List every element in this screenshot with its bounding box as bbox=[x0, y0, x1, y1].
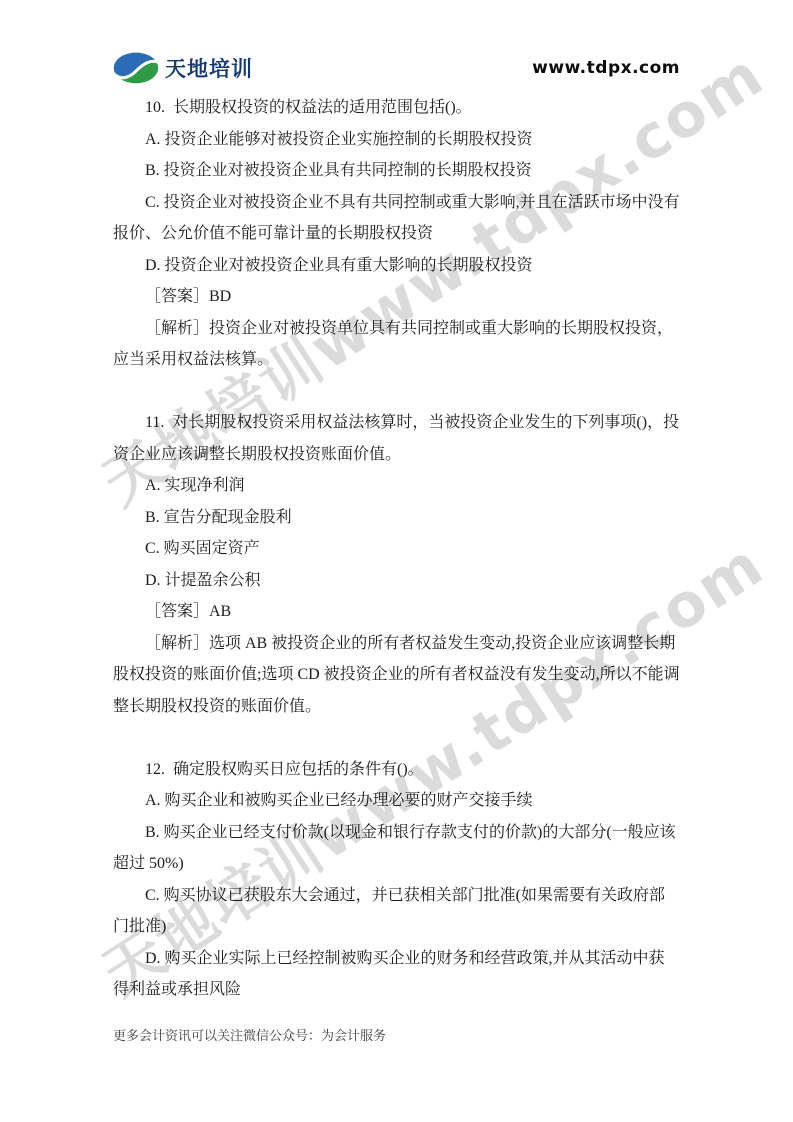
brand-name: 天地培训 bbox=[165, 53, 253, 83]
question-option: A. 投资企业能够对被投资企业实施控制的长期股权投资 bbox=[113, 124, 680, 156]
footer-note: 更多会计资讯可以关注微信公众号：为会计服务 bbox=[113, 1026, 680, 1046]
question-option: D. 购买企业实际上已经控制被购买企业的财务和经营政策,并从其活动中获得利益或承… bbox=[113, 943, 680, 1006]
question-option: A. 购买企业和被购买企业已经办理必要的财产交接手续 bbox=[113, 785, 680, 817]
question-option: B. 投资企业对被投资企业具有共同控制的长期股权投资 bbox=[113, 155, 680, 187]
question-option: B. 宣告分配现金股利 bbox=[113, 502, 680, 534]
site-url: www.tdpx.com bbox=[532, 58, 680, 78]
question-block-10: 10. 长期股权投资的权益法的适用范围包括()。 A. 投资企业能够对被投资企业… bbox=[113, 92, 680, 376]
analysis-line: ［解析］选项 AB 被投资企业的所有者权益发生变动,投资企业应该调整长期股权投资… bbox=[113, 628, 680, 723]
question-stem: 10. 长期股权投资的权益法的适用范围包括()。 bbox=[113, 92, 680, 124]
question-option: D. 投资企业对被投资企业具有重大影响的长期股权投资 bbox=[113, 250, 680, 282]
page-footer: 更多会计资讯可以关注微信公众号：为会计服务 bbox=[113, 1026, 680, 1046]
question-option: B. 购买企业已经支付价款(以现金和银行存款支付的价款)的大部分(一般应该超过 … bbox=[113, 817, 680, 880]
question-block-12: 12. 确定股权购买日应包括的条件有()。 A. 购买企业和被购买企业已经办理必… bbox=[113, 754, 680, 1006]
answer-line: ［答案］AB bbox=[113, 596, 680, 628]
brand-logo: 天地培训 bbox=[113, 49, 253, 87]
question-option: C. 购买固定资产 bbox=[113, 533, 680, 565]
document-page: 天地培训www.tdpx.com 天地培训www.tdpx.com 天地培训 w… bbox=[0, 0, 793, 1122]
analysis-line: ［解析］投资企业对被投资单位具有共同控制或重大影响的长期股权投资，应当采用权益法… bbox=[113, 313, 680, 376]
question-option: D. 计提盈余公积 bbox=[113, 565, 680, 597]
document-body: 10. 长期股权投资的权益法的适用范围包括()。 A. 投资企业能够对被投资企业… bbox=[113, 92, 680, 1006]
brand-swirl-icon bbox=[113, 49, 159, 87]
page-header: 天地培训 www.tdpx.com bbox=[113, 46, 680, 90]
question-option: C. 购买协议已获股东大会通过，并已获相关部门批准(如果需要有关政府部门批准) bbox=[113, 880, 680, 943]
question-block-11: 11. 对长期股权投资采用权益法核算时，当被投资企业发生的下列事项()，投资企业… bbox=[113, 407, 680, 722]
answer-line: ［答案］BD bbox=[113, 281, 680, 313]
question-stem: 11. 对长期股权投资采用权益法核算时，当被投资企业发生的下列事项()，投资企业… bbox=[113, 407, 680, 470]
question-option: C. 投资企业对被投资企业不具有共同控制或重大影响,并且在活跃市场中没有报价、公… bbox=[113, 187, 680, 250]
question-stem: 12. 确定股权购买日应包括的条件有()。 bbox=[113, 754, 680, 786]
question-option: A. 实现净利润 bbox=[113, 470, 680, 502]
